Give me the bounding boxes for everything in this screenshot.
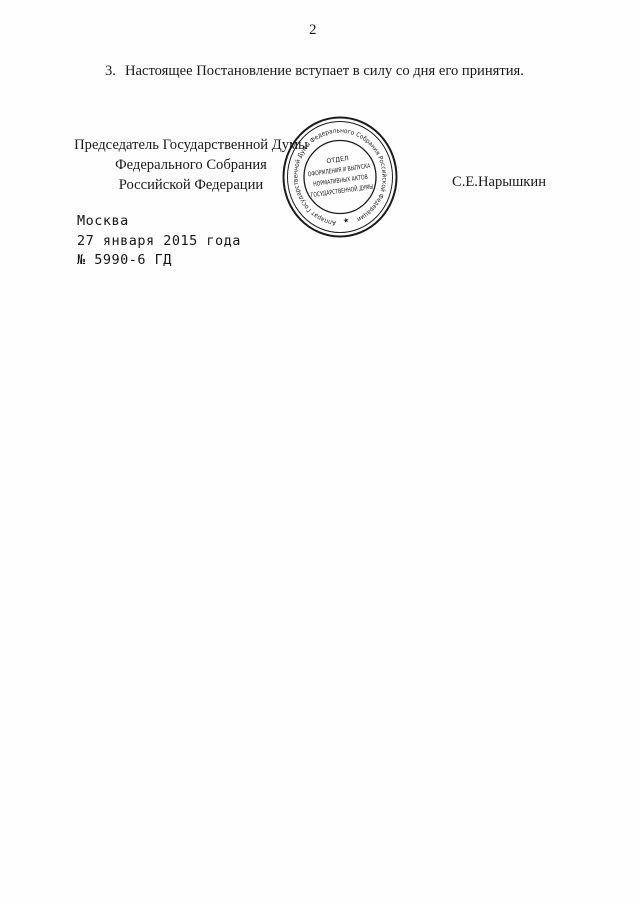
stamp-center-line: НОРМАТИВНЫХ АКТОВ [313, 174, 368, 189]
stamp-inner-ring [304, 141, 376, 214]
page-number: 2 [263, 22, 363, 39]
signature-title: Председатель Государственной Думы Федера… [70, 135, 312, 195]
issue-number: № 5990-6 ГД [77, 251, 241, 271]
signer-name: С.Е.Нарышкин [452, 174, 546, 191]
clause-number: 3. [105, 63, 116, 79]
clause-item: 3.Настоящее Постановление вступает в сил… [105, 63, 565, 80]
signature-title-line: Российской Федерации [70, 175, 312, 195]
stamp-center-line: ГОСУДАРСТВЕННОЙ ДУМЫ [310, 182, 374, 200]
signature-title-line: Председатель Государственной Думы [70, 135, 312, 155]
stamp-center-line: ОТДЕЛ [326, 155, 349, 165]
issue-city: Москва [77, 212, 241, 232]
stamp-star-icon: ★ [342, 216, 349, 225]
document-page: 2 3.Настоящее Постановление вступает в с… [0, 0, 640, 905]
issue-block: Москва 27 января 2015 года № 5990-6 ГД [77, 212, 241, 271]
stamp-center-line: ОФОРМЛЕНИЯ И ВЫПУСКА [307, 163, 371, 179]
clause-text: Настоящее Постановление вступает в силу … [125, 63, 524, 79]
issue-date: 27 января 2015 года [77, 232, 241, 252]
signature-title-line: Федерального Собрания [70, 155, 312, 175]
